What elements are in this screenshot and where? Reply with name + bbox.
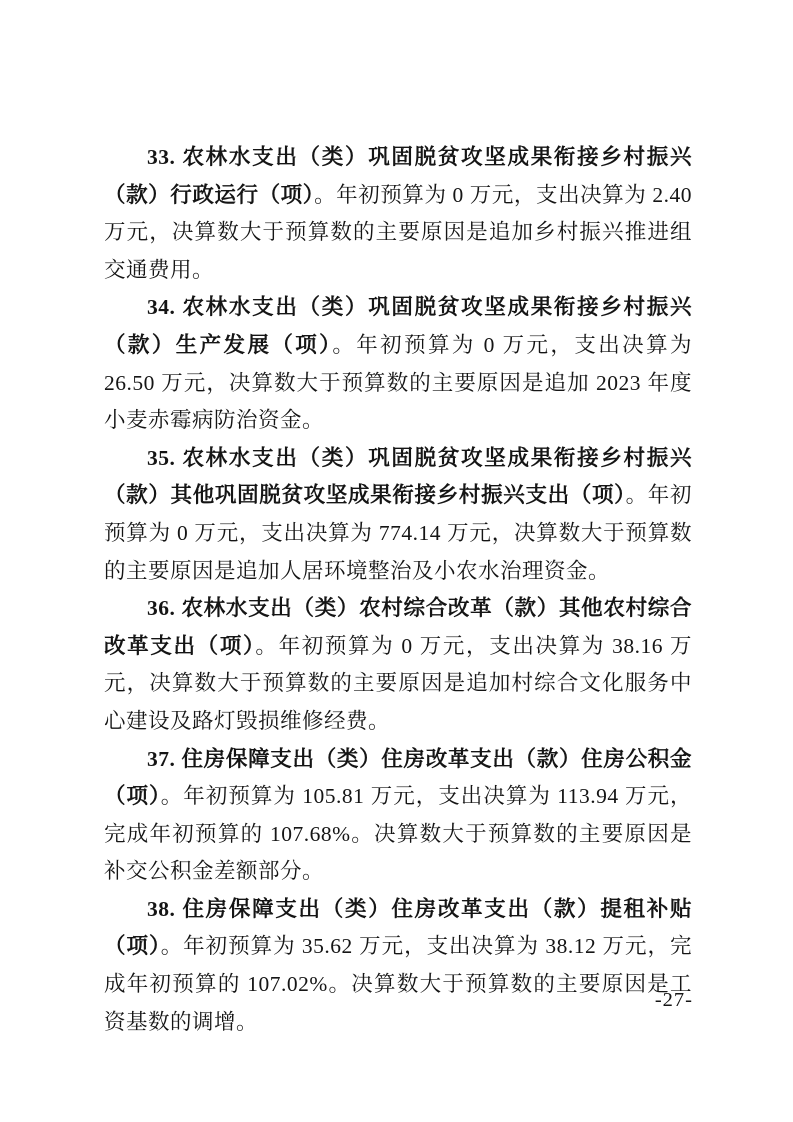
paragraph-item-38: 38. 住房保障支出（类）住房改革支出（款）提租补贴（项）。年初预算为 35.6… [104,891,692,1041]
paragraph-item-33: 33. 农林水支出（类）巩固脱贫攻坚成果衔接乡村振兴（款）行政运行（项）。年初预… [104,139,692,289]
paragraph-item-35: 35. 农林水支出（类）巩固脱贫攻坚成果衔接乡村振兴（款）其他巩固脱贫攻坚成果衔… [104,440,692,590]
document-body: 33. 农林水支出（类）巩固脱贫攻坚成果衔接乡村振兴（款）行政运行（项）。年初预… [104,139,692,1041]
paragraph-title: 35. 农林水支出（类）巩固脱贫攻坚成果衔接乡村振兴（款）其他巩固脱贫攻坚成果衔… [104,446,692,508]
paragraph-item-34: 34. 农林水支出（类）巩固脱贫攻坚成果衔接乡村振兴（款）生产发展（项）。年初预… [104,289,692,439]
document-page: 33. 农林水支出（类）巩固脱贫攻坚成果衔接乡村振兴（款）行政运行（项）。年初预… [0,0,793,1122]
paragraph-text: 。年初预算为 105.81 万元，支出决算为 113.94 万元，完成年初预算的… [104,784,692,883]
paragraph-item-36: 36. 农林水支出（类）农村综合改革（款）其他农村综合改革支出（项）。年初预算为… [104,590,692,740]
page-number: -27- [655,989,693,1012]
paragraph-item-37: 37. 住房保障支出（类）住房改革支出（款）住房公积金（项）。年初预算为 105… [104,741,692,891]
paragraph-text: 。年初预算为 35.62 万元，支出决算为 38.12 万元，完成年初预算的 1… [104,934,692,1033]
